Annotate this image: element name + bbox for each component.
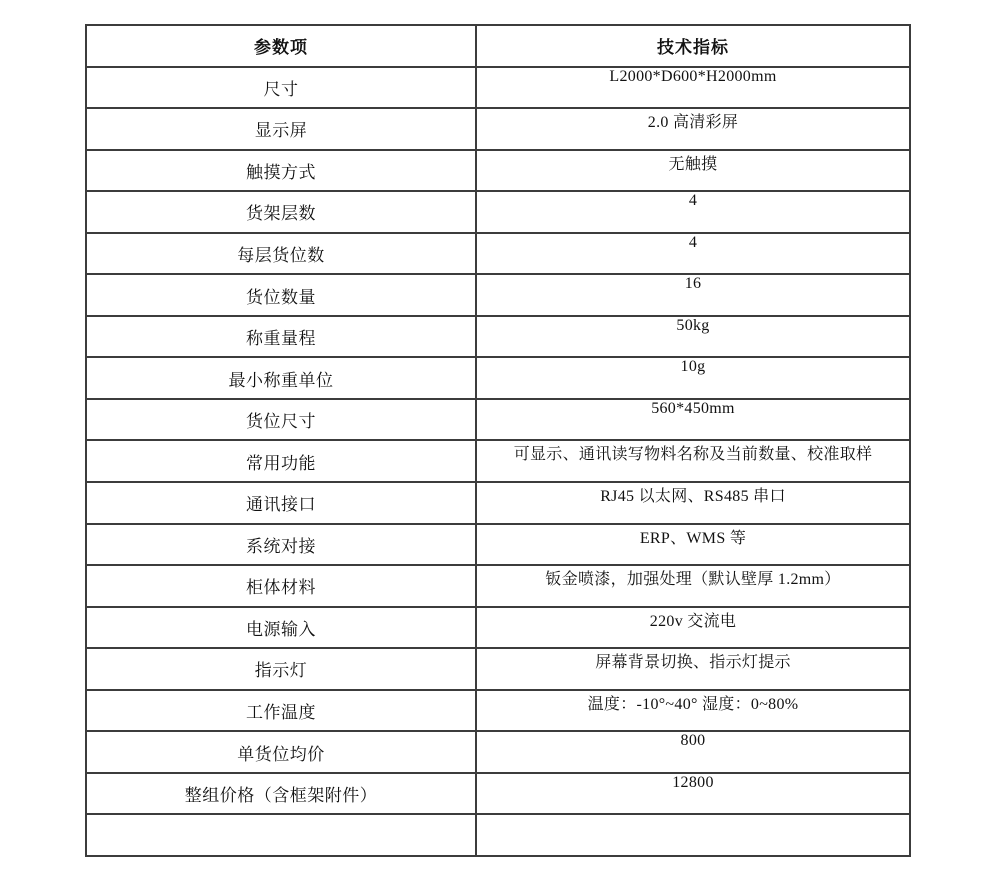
- value-cell: 屏幕背景切换、指示灯提示: [476, 648, 910, 690]
- table-row: 柜体材料 钣金喷漆，加强处理（默认壁厚 1.2mm）: [86, 565, 910, 607]
- table-row-empty: [86, 814, 910, 856]
- table-row: 指示灯 屏幕背景切换、指示灯提示: [86, 648, 910, 690]
- value-cell: 温度：-10°~40° 湿度：0~80%: [476, 690, 910, 732]
- table-row: 货位尺寸 560*450mm: [86, 399, 910, 441]
- param-cell: 货位数量: [86, 274, 476, 316]
- param-cell: 显示屏: [86, 108, 476, 150]
- param-cell: 工作温度: [86, 690, 476, 732]
- param-cell: 通讯接口: [86, 482, 476, 524]
- table-row: 电源输入 220v 交流电: [86, 607, 910, 649]
- table-row: 称重量程 50kg: [86, 316, 910, 358]
- table-row: 整组价格（含框架附件） 12800: [86, 773, 910, 815]
- table-row: 货架层数 4: [86, 191, 910, 233]
- value-cell: 12800: [476, 773, 910, 815]
- param-cell: 触摸方式: [86, 150, 476, 192]
- table-row: 常用功能 可显示、通讯读写物料名称及当前数量、校准取样: [86, 440, 910, 482]
- param-cell: [86, 814, 476, 856]
- param-cell: 最小称重单位: [86, 357, 476, 399]
- value-cell: ERP、WMS 等: [476, 524, 910, 566]
- table-row: 工作温度 温度：-10°~40° 湿度：0~80%: [86, 690, 910, 732]
- param-cell: 柜体材料: [86, 565, 476, 607]
- param-cell: 整组价格（含框架附件）: [86, 773, 476, 815]
- param-cell: 指示灯: [86, 648, 476, 690]
- param-cell: 货位尺寸: [86, 399, 476, 441]
- value-cell: [476, 814, 910, 856]
- param-cell: 单货位均价: [86, 731, 476, 773]
- param-cell: 系统对接: [86, 524, 476, 566]
- value-cell: 无触摸: [476, 150, 910, 192]
- table-row: 系统对接 ERP、WMS 等: [86, 524, 910, 566]
- value-cell: 10g: [476, 357, 910, 399]
- param-cell: 每层货位数: [86, 233, 476, 275]
- table-row: 尺寸 L2000*D600*H2000mm: [86, 67, 910, 109]
- param-cell: 货架层数: [86, 191, 476, 233]
- value-cell: 4: [476, 191, 910, 233]
- value-cell: 220v 交流电: [476, 607, 910, 649]
- value-cell: 4: [476, 233, 910, 275]
- value-cell: 2.0 高清彩屏: [476, 108, 910, 150]
- value-cell: L2000*D600*H2000mm: [476, 67, 910, 109]
- table-row: 单货位均价 800: [86, 731, 910, 773]
- param-cell: 称重量程: [86, 316, 476, 358]
- param-cell: 电源输入: [86, 607, 476, 649]
- param-cell: 常用功能: [86, 440, 476, 482]
- value-cell: 钣金喷漆，加强处理（默认壁厚 1.2mm）: [476, 565, 910, 607]
- table-row: 货位数量 16: [86, 274, 910, 316]
- table-row: 触摸方式 无触摸: [86, 150, 910, 192]
- value-cell: 800: [476, 731, 910, 773]
- value-cell: 50kg: [476, 316, 910, 358]
- param-header-cell: 参数项: [86, 25, 476, 67]
- spec-table-container: 参数项 技术指标 尺寸 L2000*D600*H2000mm 显示屏 2.0 高…: [85, 24, 909, 857]
- header-row: 参数项 技术指标: [86, 25, 910, 67]
- spec-table: 参数项 技术指标 尺寸 L2000*D600*H2000mm 显示屏 2.0 高…: [85, 24, 911, 857]
- table-row: 最小称重单位 10g: [86, 357, 910, 399]
- value-header-cell: 技术指标: [476, 25, 910, 67]
- value-cell: 16: [476, 274, 910, 316]
- table-row: 每层货位数 4: [86, 233, 910, 275]
- value-cell: 可显示、通讯读写物料名称及当前数量、校准取样: [476, 440, 910, 482]
- param-cell: 尺寸: [86, 67, 476, 109]
- value-cell: 560*450mm: [476, 399, 910, 441]
- table-row: 显示屏 2.0 高清彩屏: [86, 108, 910, 150]
- value-cell: RJ45 以太网、RS485 串口: [476, 482, 910, 524]
- table-row: 通讯接口 RJ45 以太网、RS485 串口: [86, 482, 910, 524]
